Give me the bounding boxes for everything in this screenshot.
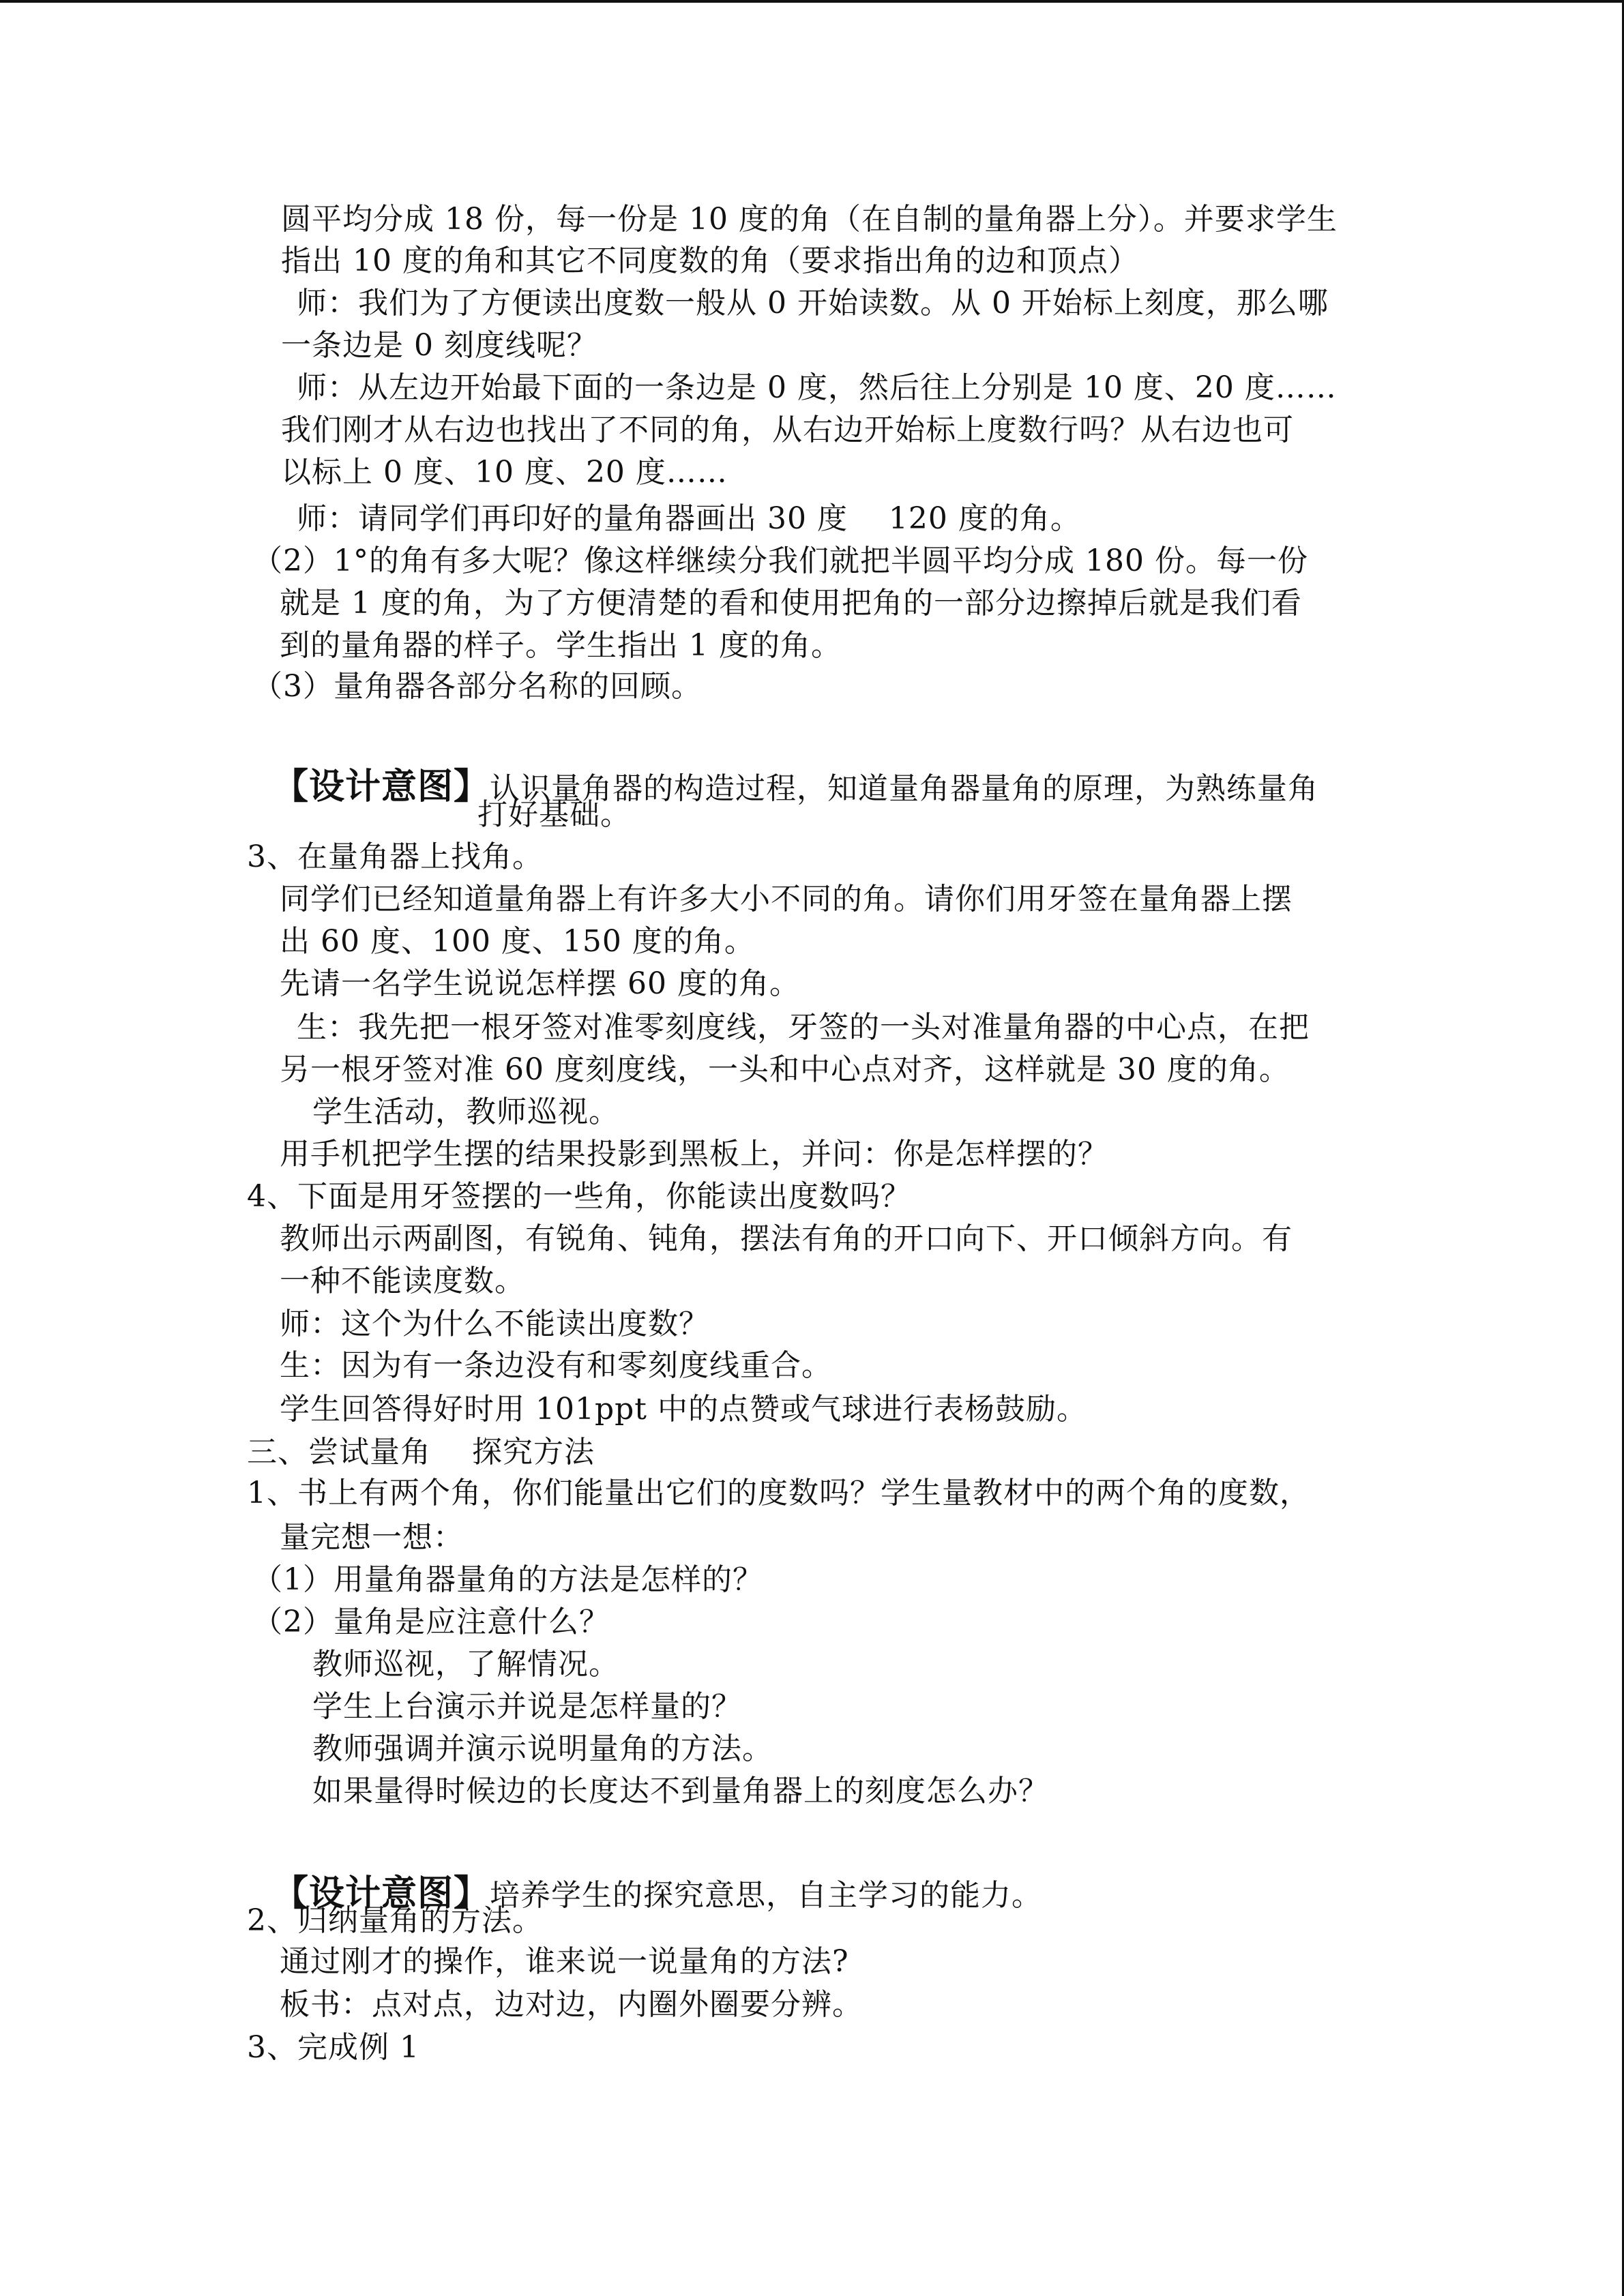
paragraph-line: 圆平均分成 18 份，每一份是 10 度的角（在自制的量角器上分）。并要求学生 bbox=[281, 200, 1338, 239]
design-intent-label: 【设计意图】 bbox=[273, 1873, 490, 1914]
paragraph-line: 一条边是 0 刻度线呢？ bbox=[281, 327, 597, 365]
paragraph-line: （3）量角器各部分名称的回顾。 bbox=[252, 668, 702, 706]
paragraph-line: 三、尝试量角 探究方法 bbox=[247, 1433, 595, 1472]
paragraph-line: 学生活动，教师巡视。 bbox=[312, 1093, 619, 1131]
paragraph-line: 指出 10 度的角和其它不同度数的角（要求指出角的边和顶点） bbox=[281, 242, 1139, 280]
design-intent-text: 认识量角器的构造过程，知道量角器量角的原理，为熟练量角 bbox=[490, 771, 1318, 806]
paragraph-line: 4、下面是用牙签摆的一些角，你能读出度数吗？ bbox=[247, 1178, 911, 1216]
paragraph-line: 量完想一想： bbox=[280, 1519, 464, 1557]
design-intent-2: 【设计意图】培养学生的探究意思，自主学习的能力。 bbox=[252, 1836, 1042, 1875]
design-intent-text: 培养学生的探究意思，自主学习的能力。 bbox=[490, 1878, 1042, 1913]
paragraph-line: 师：这个为什么不能读出度数？ bbox=[280, 1305, 709, 1343]
design-intent-label: 【设计意图】 bbox=[273, 766, 490, 807]
paragraph-line: （2）量角是应注意什么？ bbox=[252, 1603, 610, 1641]
paragraph-line: 另一根牙签对准 60 度刻度线，一头和中心点对齐，这样就是 30 度的角。 bbox=[280, 1051, 1290, 1089]
paragraph-line: 3、完成例 1 bbox=[247, 2029, 419, 2067]
paragraph-line: 我们刚才从右边也找出了不同的角，从右边开始标上度数行吗？从右边也可 bbox=[281, 411, 1294, 449]
paragraph-line: 1、书上有两个角，你们能量出它们的度数吗？学生量教材中的两个角的度数， bbox=[247, 1474, 1310, 1512]
paragraph-line: 同学们已经知道量角器上有许多大小不同的角。请你们用牙签在量角器上摆 bbox=[280, 880, 1293, 919]
paragraph-line: 教师强调并演示说明量角的方法。 bbox=[312, 1730, 773, 1768]
paragraph-line: 学生上台演示并说是怎样量的？ bbox=[312, 1688, 742, 1726]
paragraph-line: 学生回答得好时用 101ppt 中的点赞或气球进行表杨鼓励。 bbox=[280, 1390, 1087, 1429]
paragraph-line: 3、在量角器上找角。 bbox=[247, 838, 543, 876]
paragraph-line: 先请一名学生说说怎样摆 60 度的角。 bbox=[280, 965, 800, 1003]
paragraph-line: 师：从左边开始最下面的一条边是 0 度，然后往上分别是 10 度、20 度…… bbox=[297, 369, 1337, 407]
paragraph-line: 板书：点对点，边对边，内圈外圈要分辨。 bbox=[280, 1986, 863, 2024]
paragraph-line: 就是 1 度的角，为了方便清楚的看和使用把角的一部分边擦掉后就是我们看 bbox=[280, 584, 1302, 623]
paragraph-line: 生：我先把一根牙签对准零刻度线，牙签的一头对准量角器的中心点，在把 bbox=[297, 1009, 1310, 1047]
paragraph-line: 通过刚才的操作，谁来说一说量角的方法? bbox=[280, 1943, 849, 1981]
paragraph-line: 教师巡视，了解情况。 bbox=[312, 1645, 619, 1684]
paragraph-line: 到的量角器的样子。学生指出 1 度的角。 bbox=[280, 627, 842, 665]
paragraph-line: 教师出示两副图，有锐角、钝角，摆法有角的开口向下、开口倾斜方向。有 bbox=[280, 1220, 1293, 1258]
paragraph-line: 如果量得时候边的长度达不到量角器上的刻度怎么办？ bbox=[312, 1772, 1049, 1810]
paragraph-line: 以标上 0 度、10 度、20 度…… bbox=[281, 453, 728, 492]
paragraph-line: 一种不能读度数。 bbox=[280, 1262, 525, 1300]
paragraph-line: 师：请同学们再印好的量角器画出 30 度 120 度的角。 bbox=[297, 500, 1081, 538]
paragraph-line: 用手机把学生摆的结果投影到黑板上，并问：你是怎样摆的？ bbox=[280, 1135, 1108, 1174]
paragraph-line: （2）1°的角有多大呢？像这样继续分我们就把半圆平均分成 180 份。每一份 bbox=[252, 542, 1308, 580]
paragraph-line: 出 60 度、100 度、150 度的角。 bbox=[280, 923, 755, 961]
paragraph-line: 师：我们为了方便读出度数一般从 0 开始读数。从 0 开始标上刻度，那么哪 bbox=[297, 284, 1329, 323]
paragraph-line: 生：因为有一条边没有和零刻度线重合。 bbox=[280, 1347, 832, 1385]
page-top-border bbox=[0, 0, 1624, 3]
paragraph-line: （1）用量角器量角的方法是怎样的？ bbox=[252, 1561, 763, 1599]
design-intent-1: 【设计意图】认识量角器的构造过程，知道量角器量角的原理，为熟练量角 bbox=[252, 730, 1318, 768]
